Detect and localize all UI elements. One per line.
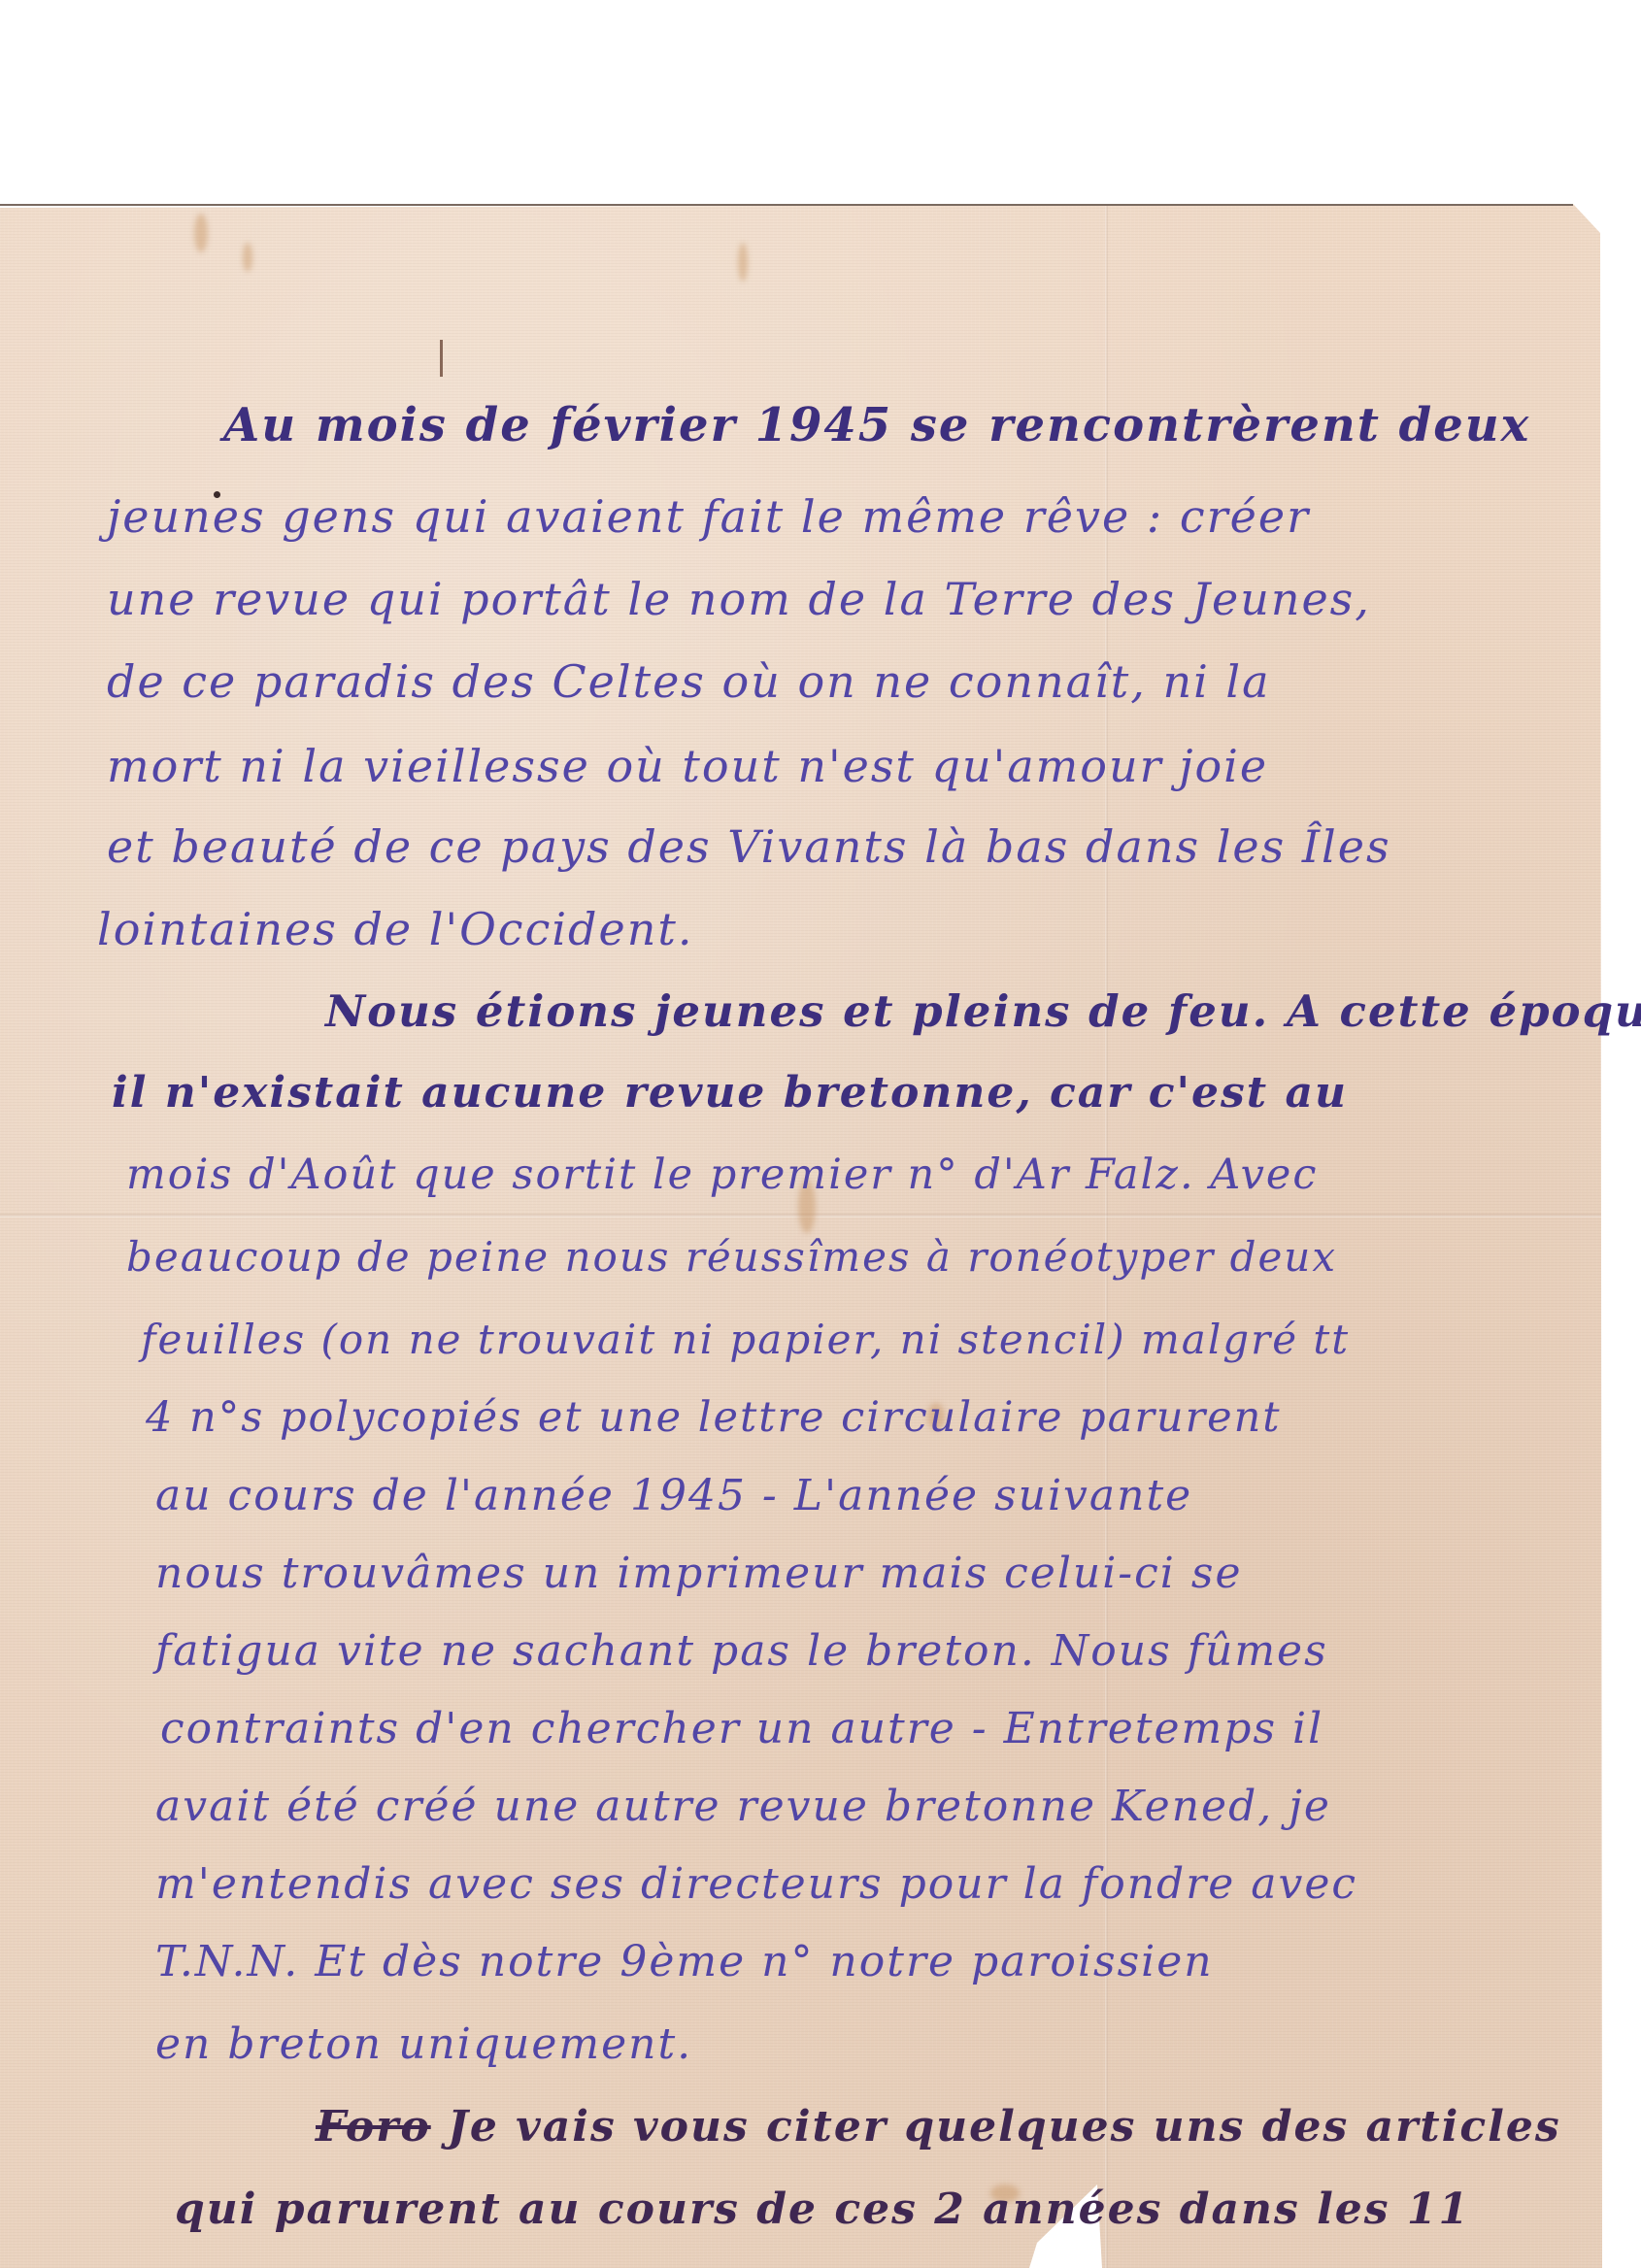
- stain: [243, 243, 252, 272]
- text-line-6: et beauté de ce pays des Vivants là bas …: [107, 820, 1391, 873]
- pen-mark: [440, 340, 443, 377]
- text-line-5: mort ni la vieillesse où tout n'est qu'a…: [107, 740, 1268, 792]
- text-line-10: mois d'Août que sortit le premier n° d'A…: [126, 1151, 1318, 1199]
- text-line-14: au cours de l'année 1945 - L'année suiva…: [155, 1471, 1192, 1520]
- text-line-1: Au mois de février 1945 se rencontrèrent…: [223, 398, 1530, 452]
- text-line-9: il n'existait aucune revue bretonne, car…: [112, 1068, 1348, 1117]
- text-line-20: T.N.N. Et dès notre 9ème n° notre parois…: [155, 1937, 1214, 1986]
- stain: [194, 214, 208, 252]
- text-line-16: fatigua vite ne sachant pas le breton. N…: [155, 1626, 1328, 1676]
- text-line-22-body: Je vais vous citer quelques uns des arti…: [448, 2102, 1561, 2151]
- stain: [738, 243, 748, 282]
- text-line-2: jeunes gens qui avaient fait le même rêv…: [107, 490, 1310, 543]
- text-line-13: 4 n°s polycopiés et une lettre circulair…: [146, 1393, 1282, 1442]
- text-line-3: une revue qui portât le nom de la Terre …: [107, 573, 1371, 625]
- text-line-22: Foro Je vais vous citer quelques uns des…: [316, 2102, 1561, 2151]
- text-line-21: en breton uniquement.: [155, 2019, 692, 2069]
- text-line-4: de ce paradis des Celtes où on ne connaî…: [107, 655, 1271, 708]
- text-line-17: contraints d'en chercher un autre - Entr…: [160, 1704, 1323, 1753]
- text-line-7: lointaines de l'Occident.: [97, 903, 693, 955]
- text-line-12: feuilles (on ne trouvait ni papier, ni s…: [141, 1316, 1350, 1363]
- text-line-18: avait été créé une autre revue bretonne …: [155, 1782, 1331, 1831]
- text-line-15: nous trouvâmes un imprimeur mais celui-c…: [155, 1549, 1243, 1598]
- struck-word: Foro: [316, 2102, 431, 2151]
- text-line-23: qui parurent au cours de ces 2 années da…: [175, 2185, 1470, 2234]
- text-line-8: Nous étions jeunes et pleins de feu. A c…: [325, 985, 1641, 1037]
- paper-top-edge: [0, 204, 1573, 206]
- text-line-11: beaucoup de peine nous réussîmes à ronéo…: [126, 1233, 1337, 1281]
- text-line-19: m'entendis avec ses directeurs pour la f…: [155, 1859, 1357, 1909]
